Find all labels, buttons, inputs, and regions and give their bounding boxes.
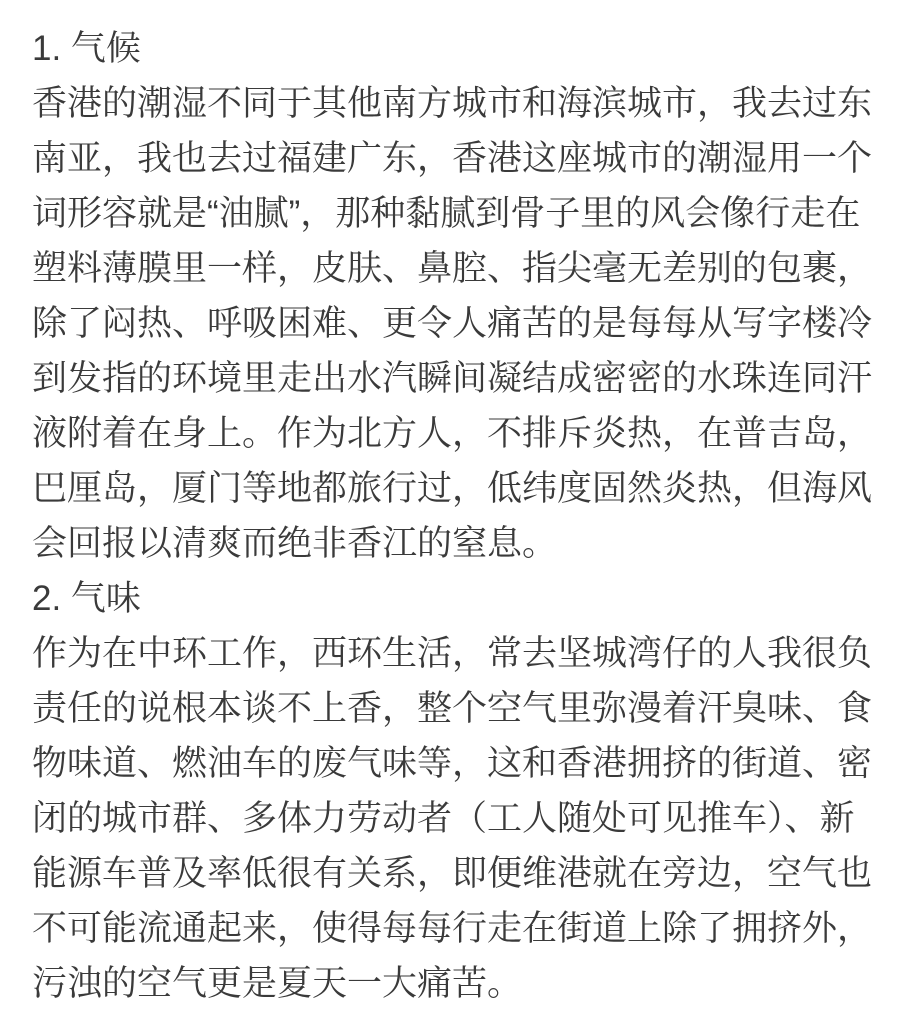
text-line: 会回报以清爽而绝非香江的窒息。 (32, 516, 880, 571)
text-line: 到发指的环境里走出水汽瞬间凝结成密密的水珠连同汗 (32, 351, 880, 406)
text-line: 作为在中环工作，西环生活，常去坚城湾仔的人我很负 (32, 626, 880, 681)
text-line: 能源车普及率低很有关系，即便维港就在旁边，空气也 (32, 846, 880, 901)
text-line: 液附着在身上。作为北方人，不排斥炎热，在普吉岛， (32, 406, 880, 461)
text-line: 闭的城市群、多体力劳动者（工人随处可见推车）、新 (32, 791, 880, 846)
text-line: 物味道、燃油车的废气味等，这和香港拥挤的街道、密 (32, 736, 880, 791)
text-line: 巴厘岛，厦门等地都旅行过，低纬度固然炎热，但海风 (32, 461, 880, 516)
text-line: 责任的说根本谈不上香，整个空气里弥漫着汗臭味、食 (32, 681, 880, 736)
article-body: 1. 气候 香港的潮湿不同于其他南方城市和海滨城市，我去过东 南亚，我也去过福建… (0, 0, 908, 1018)
text-line: 塑料薄膜里一样，皮肤、鼻腔、指尖毫无差别的包裹， (32, 241, 880, 296)
section-heading-smell: 2. 气味 (32, 571, 880, 626)
text-line: 南亚，我也去过福建广东，香港这座城市的潮湿用一个 (32, 131, 880, 186)
section-smell: 2. 气味 作为在中环工作，西环生活，常去坚城湾仔的人我很负 责任的说根本谈不上… (32, 571, 880, 1011)
section-climate: 1. 气候 香港的潮湿不同于其他南方城市和海滨城市，我去过东 南亚，我也去过福建… (32, 21, 880, 571)
text-line: 污浊的空气更是夏天一大痛苦。 (32, 956, 880, 1011)
text-line: 香港的潮湿不同于其他南方城市和海滨城市，我去过东 (32, 76, 880, 131)
text-line: 词形容就是“油腻”，那种黏腻到骨子里的风会像行走在 (32, 186, 880, 241)
text-line: 不可能流通起来，使得每每行走在街道上除了拥挤外， (32, 901, 880, 956)
text-line: 除了闷热、呼吸困难、更令人痛苦的是每每从写字楼冷 (32, 296, 880, 351)
section-heading-climate: 1. 气候 (32, 21, 880, 76)
